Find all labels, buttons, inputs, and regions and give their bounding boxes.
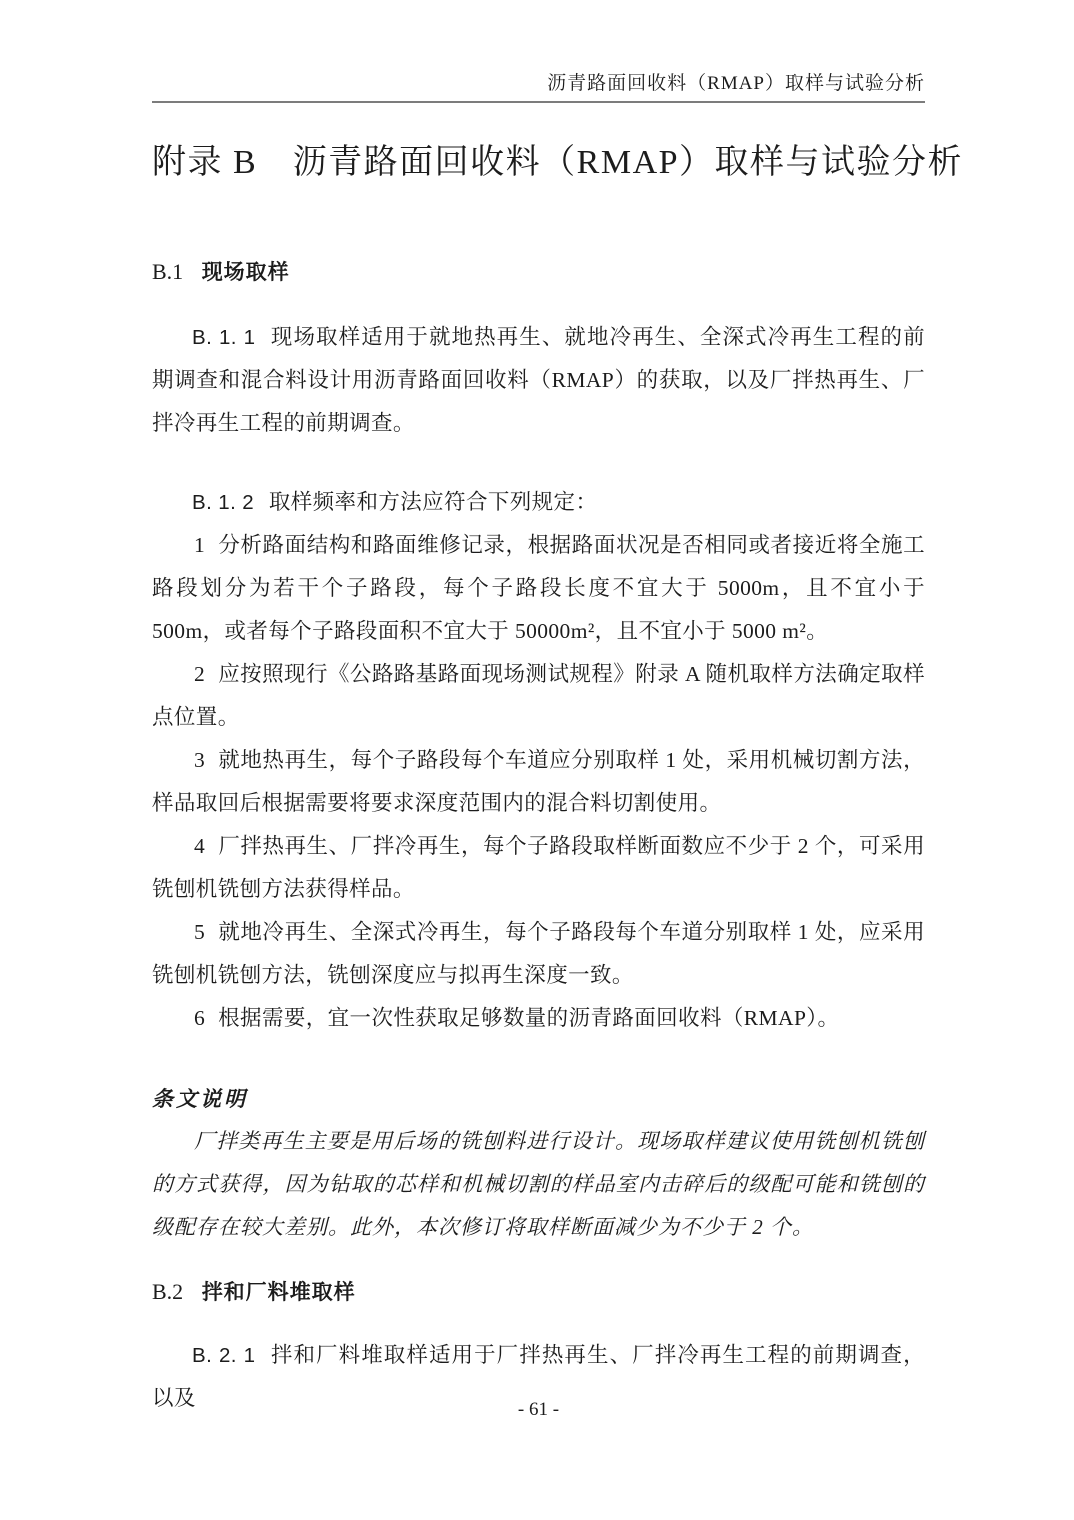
list-item-6: 6根据需要，宜一次性获取足够数量的沥青路面回收料（RMAP）。 xyxy=(152,997,925,1040)
list-item-2-text: 应按照现行《公路路基路面现场测试规程》附录 A 随机取样方法确定取样点位置。 xyxy=(152,662,925,729)
clause-b1-1-number: B. 1. 1 xyxy=(192,326,255,349)
section-b1-number: B.1 xyxy=(152,259,183,284)
list-item-4: 4厂拌热再生、厂拌冷再生，每个子路段取样断面数应不少于 2 个，可采用铣刨机铣刨… xyxy=(152,825,925,911)
list-item-2-number: 2 xyxy=(194,662,205,686)
section-b2-heading: B.2 拌和厂料堆取样 xyxy=(152,1277,925,1308)
list-item-5-text: 就地冷再生、全深式冷再生，每个子路段每个车道分别取样 1 处，应采用铣刨机铣刨方… xyxy=(152,920,925,987)
section-b1-title: 现场取样 xyxy=(202,261,290,284)
list-item-2: 2应按照现行《公路路基路面现场测试规程》附录 A 随机取样方法确定取样点位置。 xyxy=(152,653,925,739)
commentary-heading: 条文说明 xyxy=(152,1084,925,1114)
list-item-3-text: 就地热再生，每个子路段每个车道应分别取样 1 处，采用机械切割方法，样品取回后根… xyxy=(152,748,925,815)
list-item-3: 3就地热再生，每个子路段每个车道应分别取样 1 处，采用机械切割方法，样品取回后… xyxy=(152,739,925,825)
clause-b1-2-text: 取样频率和方法应符合下列规定： xyxy=(269,490,598,514)
list-item-3-number: 3 xyxy=(194,748,205,772)
list-item-1-number: 1 xyxy=(194,533,205,557)
page-number: - 61 - xyxy=(518,1399,559,1420)
clause-b1-2: B. 1. 2 取样频率和方法应符合下列规定： xyxy=(152,481,925,524)
list-item-5: 5就地冷再生、全深式冷再生，每个子路段每个车道分别取样 1 处，应采用铣刨机铣刨… xyxy=(152,911,925,997)
clause-b2-1-number: B. 2. 1 xyxy=(192,1344,255,1367)
page-footer: - 61 - xyxy=(152,1398,925,1422)
list-item-4-number: 4 xyxy=(194,834,205,858)
section-b2-number: B.2 xyxy=(152,1279,183,1304)
document-page: 沥青路面回收料（RMAP）取样与试验分析 附录 B 沥青路面回收料（RMAP）取… xyxy=(0,0,1074,1520)
page-running-header: 沥青路面回收料（RMAP）取样与试验分析 xyxy=(152,0,925,103)
list-item-5-number: 5 xyxy=(194,920,205,944)
clause-b1-1: B. 1. 1 现场取样适用于就地热再生、就地冷再生、全深式冷再生工程的前期调查… xyxy=(152,316,925,445)
clause-b1-1-text: 现场取样适用于就地热再生、就地冷再生、全深式冷再生工程的前期调查和混合料设计用沥… xyxy=(152,325,925,435)
section-b1: B.1 现场取样 B. 1. 1 现场取样适用于就地热再生、就地冷再生、全深式冷… xyxy=(152,257,925,1249)
list-item-1-text: 分析路面结构和路面维修记录，根据路面状况是否相同或者接近将全施工路段划分为若干个… xyxy=(152,533,925,643)
list-item-4-text: 厂拌热再生、厂拌冷再生，每个子路段取样断面数应不少于 2 个，可采用铣刨机铣刨方… xyxy=(152,834,925,901)
section-b1-heading: B.1 现场取样 xyxy=(152,257,925,288)
section-b2-title: 拌和厂料堆取样 xyxy=(202,1281,356,1304)
commentary-text: 厂拌类再生主要是用后场的铣刨料进行设计。现场取样建议使用铣刨机铣刨的方式获得，因… xyxy=(152,1120,925,1249)
list-item-6-text: 根据需要，宜一次性获取足够数量的沥青路面回收料（RMAP）。 xyxy=(218,1006,839,1030)
list-item-1: 1分析路面结构和路面维修记录，根据路面状况是否相同或者接近将全施工路段划分为若干… xyxy=(152,524,925,653)
appendix-title: 附录 B 沥青路面回收料（RMAP）取样与试验分析 xyxy=(152,137,925,189)
clause-b1-2-number: B. 1. 2 xyxy=(192,491,254,514)
list-item-6-number: 6 xyxy=(194,1006,205,1030)
running-header-title: 沥青路面回收料（RMAP）取样与试验分析 xyxy=(547,73,925,94)
